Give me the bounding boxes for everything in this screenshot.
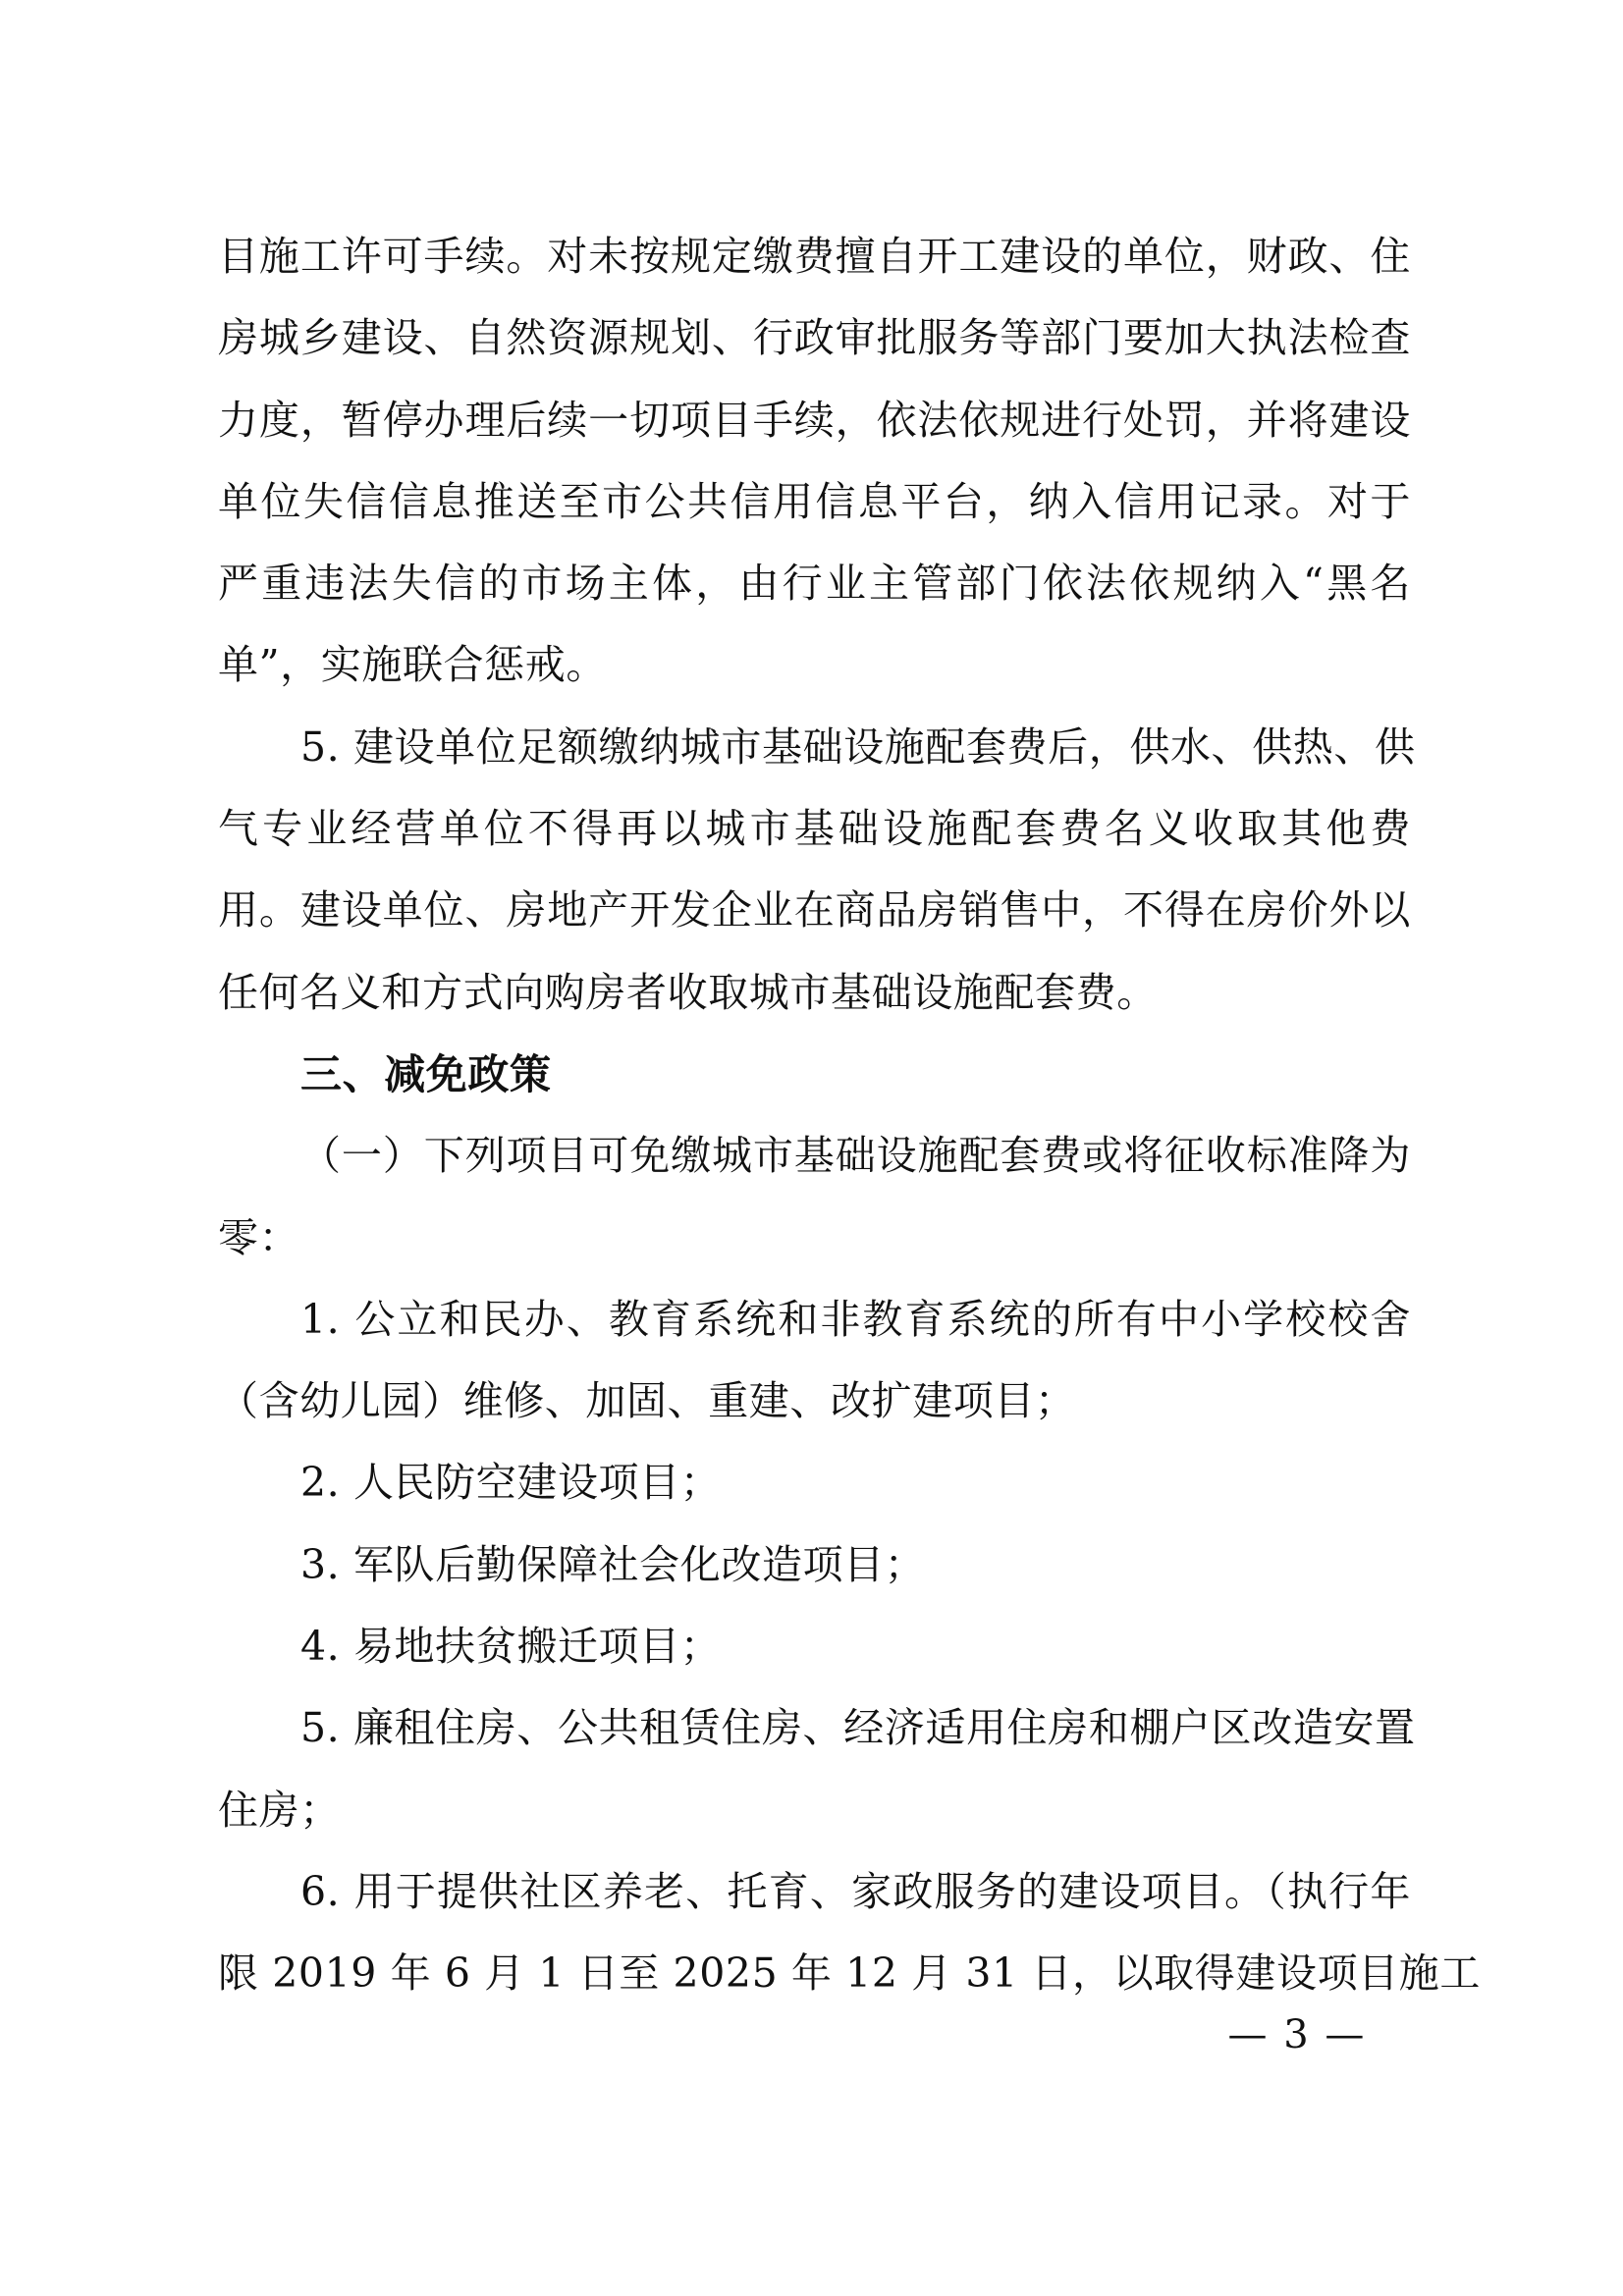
text-line: 严重违法失信的市场主体，由行业主管部门依法依规纳入“黑名 xyxy=(218,543,1411,624)
list-item-4: 4. 易地扶贫搬迁项目； xyxy=(218,1606,1411,1687)
page-number: — 3 — xyxy=(1214,2010,1380,2059)
text-line: 6. 用于提供社区养老、托育、家政服务的建设项目。（执行年 xyxy=(218,1851,1411,1933)
exemption-list: 1. 公立和民办、教育系统和非教育系统的所有中小学校校舍 （含幼儿园）维修、加固… xyxy=(218,1279,1411,2015)
document-page: 目施工许可手续。对未按规定缴费擅自开工建设的单位，财政、住 房城乡建设、自然资源… xyxy=(0,0,1623,2296)
list-item-6: 6. 用于提供社区养老、托育、家政服务的建设项目。（执行年 限 2019 年 6… xyxy=(218,1851,1411,2015)
list-item-2: 2. 人民防空建设项目； xyxy=(218,1442,1411,1523)
section-heading: 三、减免政策 xyxy=(218,1034,1411,1115)
text-line: 限 2019 年 6 月 1 日至 2025 年 12 月 31 日，以取得建设… xyxy=(218,1933,1411,2014)
text-line: 零： xyxy=(218,1198,1411,1279)
text-line: 4. 易地扶贫搬迁项目； xyxy=(218,1606,1411,1687)
text-line: 房城乡建设、自然资源规划、行政审批服务等部门要加大执法检查 xyxy=(218,297,1411,379)
text-line: 力度，暂停办理后续一切项目手续，依法依规进行处罚，并将建设 xyxy=(218,380,1411,461)
list-item-1: 1. 公立和民办、教育系统和非教育系统的所有中小学校校舍 （含幼儿园）维修、加固… xyxy=(218,1279,1411,1443)
document-body: 目施工许可手续。对未按规定缴费擅自开工建设的单位，财政、住 房城乡建设、自然资源… xyxy=(218,216,1411,2015)
text-line: 1. 公立和民办、教育系统和非教育系统的所有中小学校校舍 xyxy=(218,1279,1411,1361)
list-item-5: 5. 廉租住房、公共租赁住房、经济适用住房和棚户区改造安置 住房； xyxy=(218,1687,1411,1851)
subsection-intro: （一）下列项目可免缴城市基础设施配套费或将征收标准降为 零： xyxy=(218,1115,1411,1279)
list-item-3: 3. 军队后勤保障社会化改造项目； xyxy=(218,1524,1411,1606)
text-line: 目施工许可手续。对未按规定缴费擅自开工建设的单位，财政、住 xyxy=(218,216,1411,297)
text-line: 单位失信信息推送至市公共信用信息平台，纳入信用记录。对于 xyxy=(218,461,1411,543)
text-line: （含幼儿园）维修、加固、重建、改扩建项目； xyxy=(218,1361,1411,1442)
text-line: 单”，实施联合惩戒。 xyxy=(218,624,1411,706)
text-line: 任何名义和方式向购房者收取城市基础设施配套费。 xyxy=(218,952,1411,1034)
text-line: 3. 军队后勤保障社会化改造项目； xyxy=(218,1524,1411,1606)
paragraph-item-5: 5. 建设单位足额缴纳城市基础设施配套费后，供水、供热、供 气专业经营单位不得再… xyxy=(218,707,1411,1034)
text-line: 气专业经营单位不得再以城市基础设施配套费名义收取其他费 xyxy=(218,788,1411,870)
text-line: 2. 人民防空建设项目； xyxy=(218,1442,1411,1523)
text-line: 5. 廉租住房、公共租赁住房、经济适用住房和棚户区改造安置 xyxy=(218,1687,1411,1769)
text-line: （一）下列项目可免缴城市基础设施配套费或将征收标准降为 xyxy=(218,1115,1411,1197)
text-line: 5. 建设单位足额缴纳城市基础设施配套费后，供水、供热、供 xyxy=(218,707,1411,788)
text-line: 住房； xyxy=(218,1770,1411,1851)
text-line: 用。建设单位、房地产开发企业在商品房销售中，不得在房价外以 xyxy=(218,870,1411,951)
paragraph-enforcement: 目施工许可手续。对未按规定缴费擅自开工建设的单位，财政、住 房城乡建设、自然资源… xyxy=(218,216,1411,707)
